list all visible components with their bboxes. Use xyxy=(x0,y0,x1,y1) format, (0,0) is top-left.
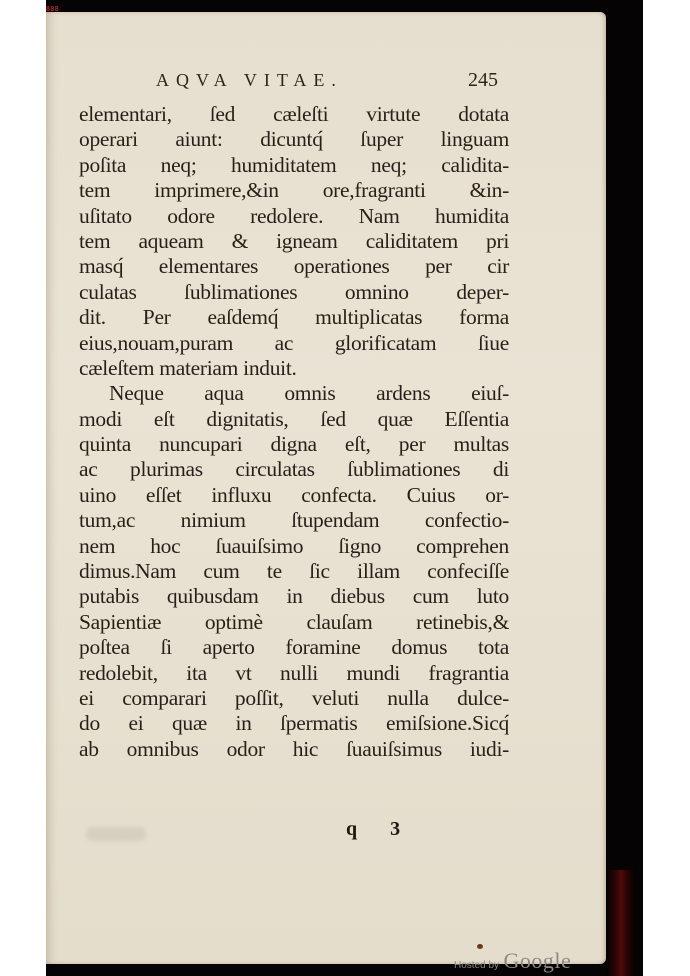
text-line: poſtea ſi aperto foramine domus tota xyxy=(79,635,509,660)
text-line: elementari, ſed cæleſti virtute dotata xyxy=(79,102,509,127)
text-line: uino eſſet influxu confecta. Cuius or- xyxy=(79,483,509,508)
running-head: AQVA VITAE. 245 xyxy=(146,70,526,94)
text-line: tum,ac nimium ſtupendam confectio- xyxy=(79,508,509,533)
text-line: quinta nuncupari digna eſt, per multas xyxy=(79,432,509,457)
text-line: dit. Per eaſdemq́ multiplicatas forma xyxy=(79,305,509,330)
text-line: modi eſt dignitatis, ſed quæ Eſſentia xyxy=(79,407,509,432)
book-binding-edge xyxy=(606,870,636,976)
text-line: operari aiunt: dicuntq́ ſuper linguam xyxy=(79,127,509,152)
text-line: eius,nouam,puram ac glorificatam ſiue xyxy=(79,331,509,356)
text-line: ab omnibus odor hic ſuauiſsimus iudi- xyxy=(79,737,509,762)
hosted-by-watermark: Hosted by Google xyxy=(454,948,571,974)
text-line: cæleſtem materiam induit. xyxy=(79,356,509,381)
hosted-by-label: Hosted by xyxy=(454,960,499,971)
text-line: poſita neq; humiditatem neq; calidita- xyxy=(79,153,509,178)
text-line: nem hoc ſuauiſsimo ſigno comprehen xyxy=(79,534,509,559)
text-line: dimus.Nam cum te ſic illam confeciſſe xyxy=(79,559,509,584)
signature-mark: q 3 xyxy=(346,818,414,841)
text-line: putabis quibusdam in diebus cum luto xyxy=(79,584,509,609)
google-logo-icon: Google xyxy=(503,948,571,973)
text-line: ac plurimas circulatas ſublimationes di xyxy=(79,457,509,482)
text-line: tem aqueam & igneam caliditatem pri xyxy=(79,229,509,254)
text-line: uſitato odore redolere. Nam humidita xyxy=(79,204,509,229)
scan-corner-label: 888 xyxy=(46,6,59,13)
running-title: AQVA VITAE. xyxy=(156,70,343,91)
body-text: elementari, ſed cæleſti virtute dotata o… xyxy=(79,102,509,762)
page-number: 245 xyxy=(468,69,498,92)
text-line: masq́ elementares operationes per cir xyxy=(79,254,509,279)
text-line: redolebit, ita vt nulli mundi fragrantia xyxy=(79,661,509,686)
text-line: do ei quæ in ſpermatis emiſsione.Sicq́ xyxy=(79,711,509,736)
text-line: ei comparari poſſit, veluti nulla dulce- xyxy=(79,686,509,711)
text-line: culatas ſublimationes omnino deper- xyxy=(79,280,509,305)
book-page: AQVA VITAE. 245 elementari, ſed cæleſti … xyxy=(46,12,606,964)
text-line: tem imprimere,&in ore,fragranti &in- xyxy=(79,178,509,203)
page-smudge xyxy=(86,827,146,841)
paragraph-start-line: Neque aqua omnis ardens eiuſ- xyxy=(79,381,509,406)
text-line: Sapientiæ optimè clauſam retinebis,& xyxy=(79,610,509,635)
